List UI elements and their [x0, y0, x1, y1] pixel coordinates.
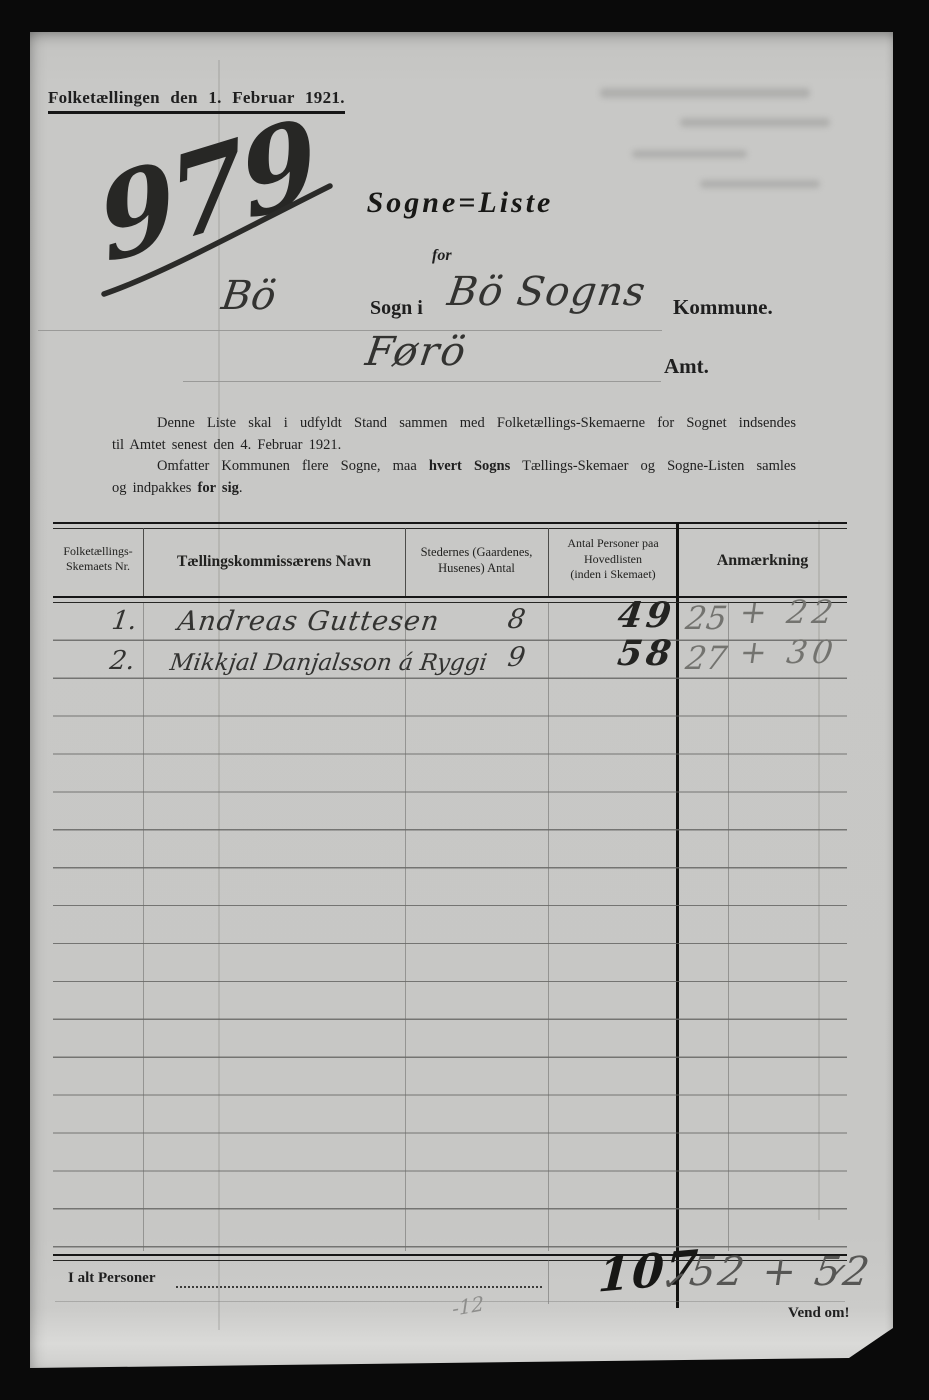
instructions-line: og indpakkes for sig. — [112, 478, 796, 500]
instructions-text: . — [239, 480, 243, 496]
handwritten-sogn: Bö — [219, 276, 278, 316]
row-note-a: 25 — [684, 602, 729, 634]
dotted-leader — [176, 1266, 542, 1288]
col-header-line: Hovedlisten — [550, 552, 676, 568]
column-divider — [143, 528, 144, 598]
col-header-navn: Tællingskommissærens Navn — [145, 553, 403, 571]
instructions-bold: for sig — [198, 480, 239, 496]
instructions-bold: hvert Sogns — [429, 458, 510, 474]
instructions-text: og indpakkes — [112, 480, 198, 496]
row-note-b: + 22 — [738, 596, 840, 628]
amt-label: Amt. — [664, 354, 709, 379]
pencil-note: -12 — [452, 1293, 484, 1319]
for-label: for — [432, 247, 452, 265]
column-divider-faint — [143, 603, 144, 1251]
col-header-line: Folketællings- — [55, 544, 141, 559]
instructions-line: Denne Liste skal i udfyldt Stand sammen … — [112, 413, 796, 435]
bleed-through-mark — [680, 118, 830, 127]
footer-rule-faint — [55, 1301, 845, 1302]
col-header-line: Husenes) Antal — [407, 560, 546, 576]
handwritten-kommune: Bö Sogns — [445, 272, 648, 312]
col-header-anmaerkning: Anmærkning — [680, 552, 845, 570]
scanned-document: Folketællingen den 1. Februar 1921. 979 … — [0, 0, 929, 1400]
row-name: Andreas Guttesen — [176, 608, 441, 635]
row-persons: 49 — [616, 598, 678, 633]
col-header-line: Skemaets Nr. — [55, 559, 141, 574]
form-title: Sogne=Liste — [310, 186, 610, 220]
col-header-stedernes: Stedernes (Gaardenes, Husenes) Antal — [407, 544, 546, 576]
bleed-through-mark — [600, 88, 810, 98]
column-divider — [548, 528, 549, 598]
bleed-through-mark — [700, 180, 820, 188]
turn-over-label: Vend om! — [788, 1305, 850, 1322]
col-header-antal-personer: Antal Personer paa Hovedlisten (inden i … — [550, 536, 676, 583]
instructions-block: Denne Liste skal i udfyldt Stand sammen … — [112, 413, 796, 499]
bleed-through-mark — [632, 150, 747, 158]
col-header-line: (inden i Skemaet) — [550, 567, 676, 583]
row-note-a: 27 — [684, 642, 729, 674]
instructions-line: til Amtet senest den 4. Februar 1921. — [112, 435, 796, 457]
sogn-i-label: Sogn i — [370, 297, 423, 320]
row-note-b: + 30 — [738, 636, 840, 668]
col-header-skemaets-nr: Folketællings- Skemaets Nr. — [55, 544, 141, 574]
anmaerkning-subdivider — [728, 603, 729, 1251]
column-divider — [405, 528, 406, 598]
row-nr: 1. — [110, 608, 138, 634]
instructions-text: Omfatter Kommunen flere Sogne, maa — [157, 458, 429, 474]
handwritten-underline-stroke — [92, 172, 342, 304]
handwritten-amt: Førö — [363, 332, 469, 372]
fill-in-rule — [183, 381, 661, 382]
kommune-label: Kommune. — [673, 295, 773, 320]
row-name: Mikkjal Danjalsson á Ryggi — [168, 652, 488, 675]
instructions-line: Omfatter Kommunen flere Sogne, maa hvert… — [112, 456, 796, 478]
check-mark: ✓ — [828, 1257, 850, 1285]
table-top-rule — [53, 522, 847, 529]
column-divider-faint — [405, 603, 406, 1251]
instructions-text: Tællings-Skemaer og Sogne-Listen samles — [510, 458, 796, 474]
column-divider-faint — [548, 603, 549, 1251]
column-divider-faint — [548, 1260, 549, 1304]
col-header-line: Antal Personer paa — [550, 536, 676, 552]
col-header-line: Stedernes (Gaardenes, — [407, 544, 546, 560]
row-nr: 2. — [108, 648, 136, 674]
fill-in-rule — [38, 330, 662, 331]
total-label: I alt Personer — [68, 1270, 155, 1287]
row-persons: 58 — [616, 636, 678, 671]
